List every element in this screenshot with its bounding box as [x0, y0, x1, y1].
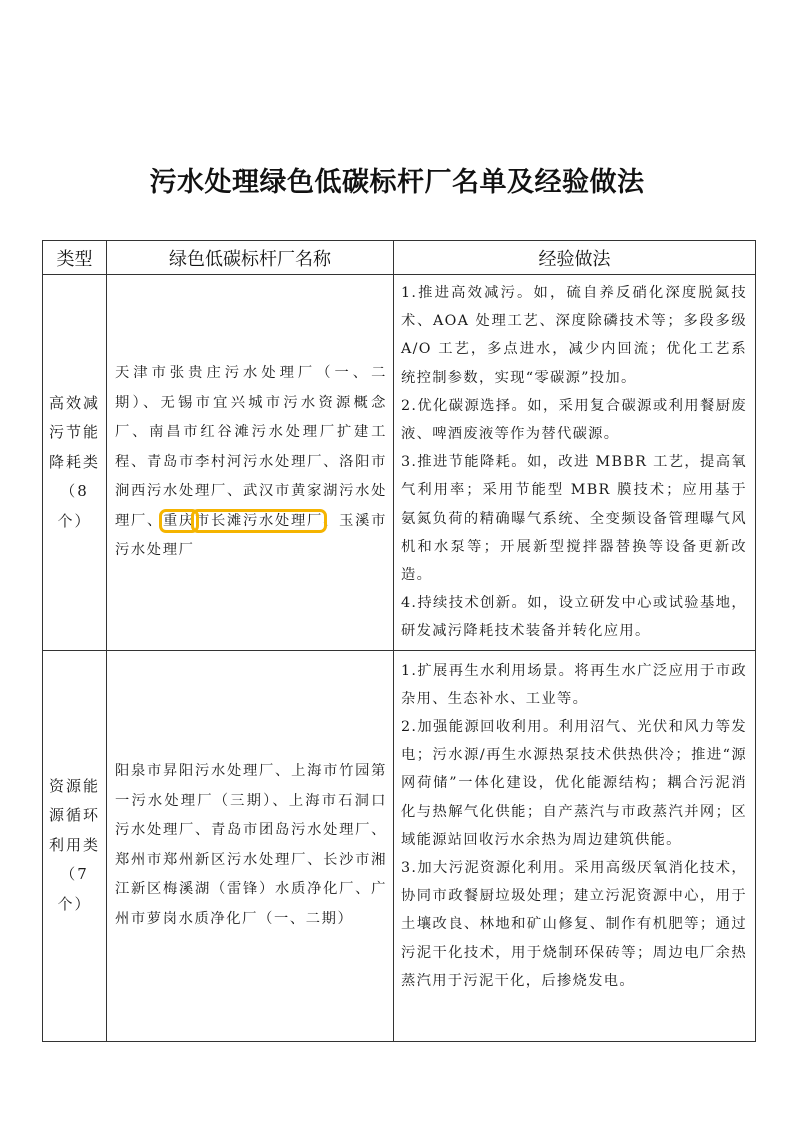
- experience-item: 2.优化碳源选择。如，采用复合碳源或利用餐厨废液、啤酒废液等作为替代碳源。: [401, 392, 747, 448]
- category-line: 高效减: [49, 389, 100, 419]
- plant-names-text: 天津市张贵庄污水处理厂（一、二期）、无锡市宜兴城市污水资源概念厂、南昌市红谷滩污…: [115, 365, 387, 529]
- plant-names-cell: 天津市张贵庄污水处理厂（一、二期）、无锡市宜兴城市污水资源概念厂、南昌市红谷滩污…: [107, 275, 394, 651]
- category-cell: 高效减 污节能 降耗类 （8 个）: [43, 275, 107, 651]
- table-row: 资源能 源循环 利用类 （7 个） 阳泉市昇阳污水处理厂、上海市竹园第一污水处理…: [43, 650, 756, 1041]
- experience-cell: 1.扩展再生水利用场景。将再生水广泛应用于市政杂用、生态补水、工业等。 2.加强…: [394, 650, 756, 1041]
- category-line: 资源能: [49, 772, 100, 802]
- category-line: 个）: [49, 507, 100, 537]
- header-type: 类型: [43, 241, 107, 275]
- table-row: 高效减 污节能 降耗类 （8 个） 天津市张贵庄污水处理厂（一、二期）、无锡市宜…: [43, 275, 756, 651]
- category-line: 降耗类: [49, 448, 100, 478]
- category-line: 源循环: [49, 801, 100, 831]
- table-header-row: 类型 绿色低碳标杆厂名称 经验做法: [43, 241, 756, 275]
- page-title: 污水处理绿色低碳标杆厂名单及经验做法: [0, 160, 794, 199]
- plant-names-text: 阳泉市昇阳污水处理厂、上海市竹园第一污水处理厂（三期）、上海市石洞口污水处理厂、…: [115, 763, 387, 927]
- experience-item: 1.扩展再生水利用场景。将再生水广泛应用于市政杂用、生态补水、工业等。: [401, 657, 747, 713]
- category-line: （7: [49, 860, 100, 890]
- category-line: 污节能: [49, 418, 100, 448]
- highlighted-text: 重庆: [163, 513, 195, 529]
- category-line: 个）: [49, 890, 100, 920]
- header-experience: 经验做法: [394, 241, 756, 275]
- experience-item: 3.推进节能降耗。如，改进 MBBR 工艺，提高氧气利用率；采用节能型 MBR …: [401, 448, 747, 589]
- category-line: 利用类: [49, 831, 100, 861]
- experience-item: 1.推进高效减污。如，硫自养反硝化深度脱氮技术、AOA 处理工艺、深度除磷技术等…: [401, 279, 747, 392]
- highlighted-text: 市长滩污水处理厂: [195, 513, 323, 529]
- category-line: （8: [49, 477, 100, 507]
- experience-cell: 1.推进高效减污。如，硫自养反硝化深度脱氮技术、AOA 处理工艺、深度除磷技术等…: [394, 275, 756, 651]
- experience-item: 2.加强能源回收利用。利用沼气、光伏和风力等发电；污水源/再生水源热泵技术供热供…: [401, 713, 747, 854]
- experience-item: 3.加大污泥资源化利用。采用高级厌氧消化技术，协同市政餐厨垃圾处理；建立污泥资源…: [401, 854, 747, 995]
- benchmark-plants-table: 类型 绿色低碳标杆厂名称 经验做法 高效减 污节能 降耗类 （8 个） 天津市张…: [42, 240, 756, 1042]
- category-cell: 资源能 源循环 利用类 （7 个）: [43, 650, 107, 1041]
- header-plant-names: 绿色低碳标杆厂名称: [107, 241, 394, 275]
- experience-item: 4.持续技术创新。如，设立研发中心或试验基地，研发减污降耗技术装备并转化应用。: [401, 589, 747, 645]
- plant-names-cell: 阳泉市昇阳污水处理厂、上海市竹园第一污水处理厂（三期）、上海市石洞口污水处理厂、…: [107, 650, 394, 1041]
